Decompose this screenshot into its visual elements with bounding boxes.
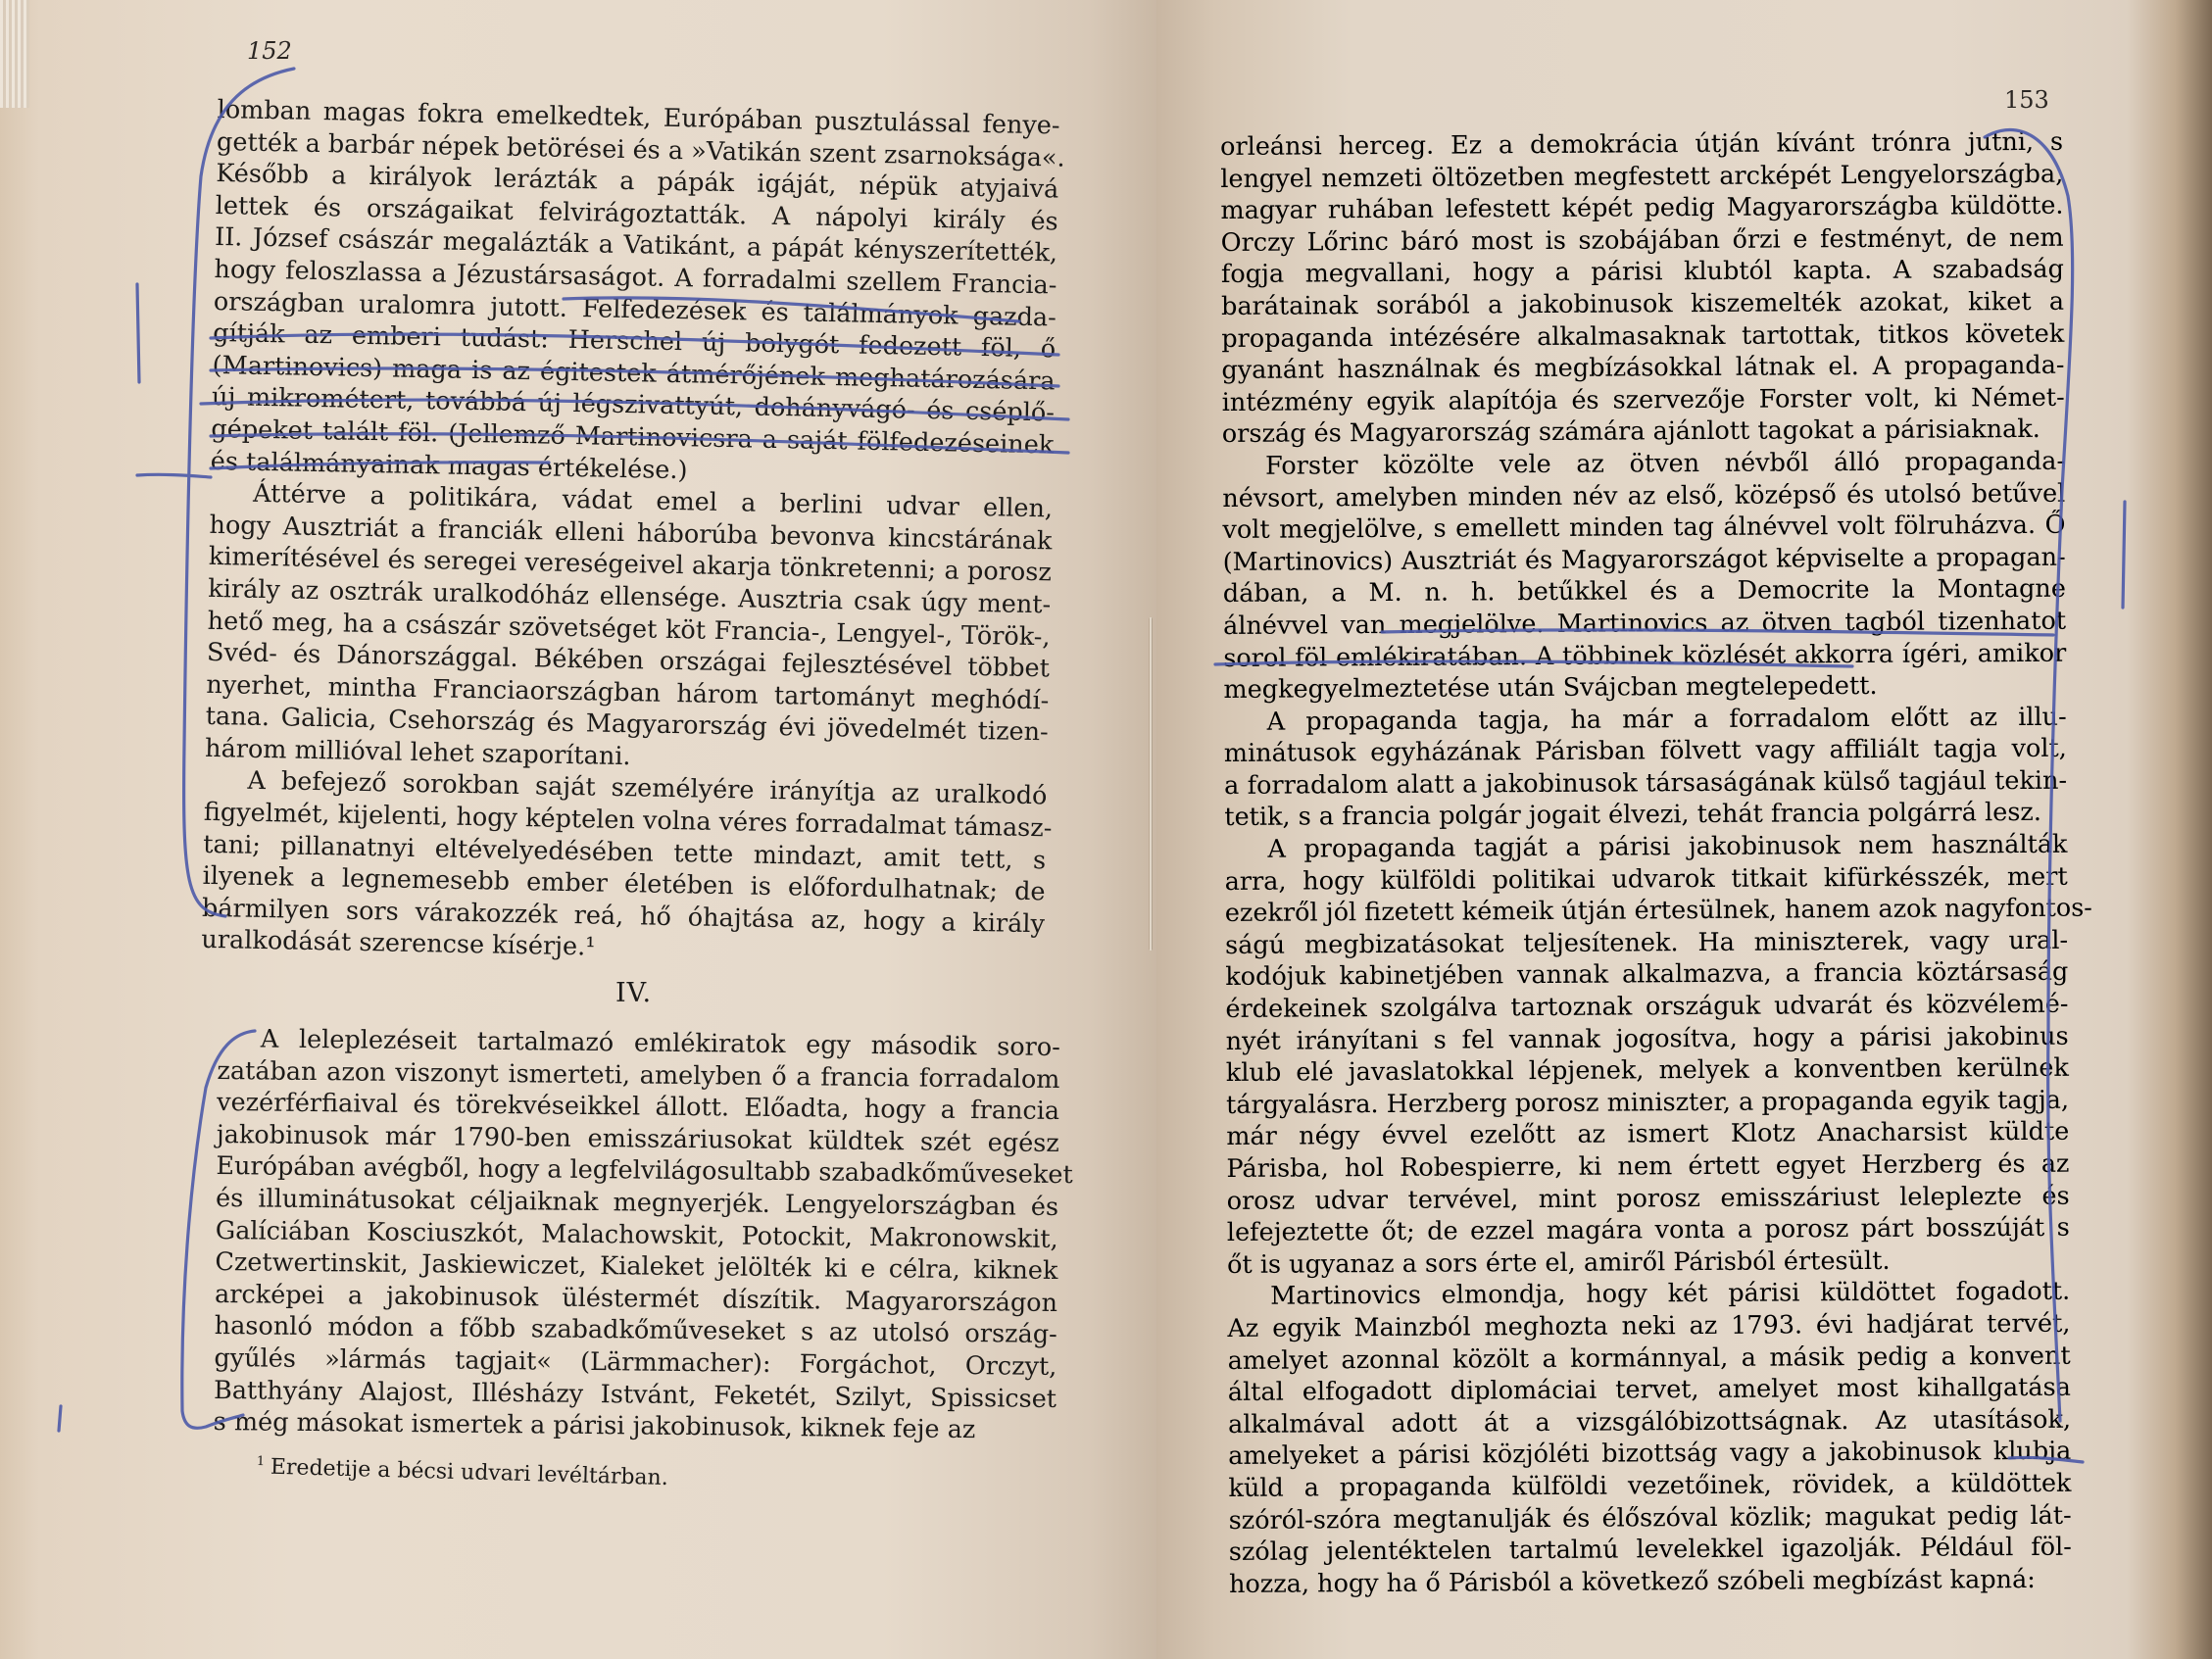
text-line: fogja megvallani, hogy a párisi klubtól … [1221, 254, 2064, 291]
text-line: ország és Magyarország számára ajánlott … [1222, 414, 2065, 451]
page-number-right: 153 [2004, 86, 2049, 114]
text-line: lefejeztette őt; de ezzel magára vonta a… [1227, 1212, 2070, 1249]
text-line: barátainak sorából a jakobinusok kiszeme… [1221, 286, 2064, 323]
text-line: megkegyelmeztetése után Svájcban megtele… [1223, 669, 2066, 707]
paragraph-4: A propaganda tagját a párisi jakobinusok… [1224, 829, 2070, 1282]
text-line: gyanánt használnak és megbízásokkal látn… [1221, 350, 2064, 387]
text-line: szólag jelentéktelen tartalmú levelekkel… [1229, 1532, 2072, 1569]
paragraph-1: orleánsi herceg. Ez a demokrácia útján k… [1220, 126, 2065, 451]
text-line: őt is ugyanaz a sors érte el, amiről Pár… [1227, 1244, 2070, 1282]
left-text-block-top: lomban magas fokra emelkedtek, Európában… [201, 94, 1060, 972]
frayed-page-edges [0, 0, 29, 108]
paragraph-4: A leleplezéseit tartalmazó emlékiratok e… [214, 1023, 1060, 1447]
text-line: ságú megbizatásokat teljesítenek. Ha min… [1225, 925, 2068, 962]
text-line: intézmény egyik alapítója és szervezője … [1222, 381, 2065, 418]
text-line: orleánsi herceg. Ez a demokrácia útján k… [1220, 126, 2063, 164]
paragraph-2: Áttérve a politikára, vádat emel a berli… [205, 477, 1053, 781]
text-line: alkalmával adott át a vizsgálóbizottságn… [1228, 1403, 2071, 1440]
page-number-left: 152 [247, 37, 292, 65]
open-book-spread: 152 lomban magas fokra emelkedtek, Európ… [0, 0, 2212, 1659]
paragraph-2: Forster közölte vele az ötven névből áll… [1222, 446, 2067, 707]
text-line: amelyeket a párisi közjóléti bizottság v… [1228, 1436, 2071, 1473]
gutter-crease [1149, 617, 1153, 951]
text-line: küld a propaganda külföldi vezetőinek, r… [1228, 1468, 2071, 1505]
text-line: nyét irányítani s fel vannak jogosítva, … [1226, 1020, 2069, 1057]
text-line: dában, a M. n. h. betűkkel és a Democrit… [1223, 573, 2066, 610]
text-line: álnévvel van megjelölve. Martinovics az … [1223, 606, 2066, 643]
text-line: A propaganda tagja, ha már a forradalom … [1224, 701, 2067, 738]
section-heading: IV. [615, 978, 652, 1008]
text-line: kodójuk kabinetjében vannak alkalmazva, … [1225, 956, 2068, 994]
text-line: által elfogadott diplomáciai tervet, ame… [1228, 1372, 2071, 1409]
text-line: tetik, s a francia polgár jogait élvezi,… [1224, 797, 2067, 834]
paragraph-3: A propaganda tagja, ha már a forradalom … [1224, 701, 2068, 834]
footnote-text: Eredetije a bécsi udvari levéltárban. [270, 1455, 669, 1490]
text-line: Forster közölte vele az ötven névből áll… [1222, 446, 2065, 483]
text-line: hozza, hogy ha ő Párisból a következő sz… [1229, 1563, 2072, 1600]
paragraph-5: Martinovics elmondja, hogy két párisi kü… [1227, 1276, 2072, 1600]
text-line: magyar ruhában lefestett képét pedig Mag… [1220, 190, 2063, 227]
text-line: már négy évvel ezelőtt az ismert Klotz A… [1226, 1116, 2069, 1153]
text-line: propaganda intézésére alkalmasaknak tart… [1221, 317, 2064, 355]
left-text-block-bottom: A leleplezéseit tartalmazó emlékiratok e… [214, 1023, 1060, 1447]
paragraph-1: lomban magas fokra emelkedtek, Európában… [210, 94, 1059, 494]
text-line: arra, hogy külföldi politikai udvarok ti… [1225, 860, 2068, 898]
left-page: 152 lomban magas fokra emelkedtek, Európ… [0, 0, 1156, 1659]
footnote-marker: 1 [257, 1454, 266, 1469]
text-line: volt megjelölve, s emellett minden tag á… [1222, 510, 2065, 547]
footnote: 1Eredetije a bécsi udvari levéltárban. [256, 1454, 668, 1490]
text-line: klub elé javaslatokkal lépjenek, melyek … [1226, 1052, 2069, 1090]
text-line: (Martinovics) Ausztriát és Magyarországo… [1223, 541, 2066, 578]
text-line: ezekről jól fizetett kémeik útján értesü… [1225, 893, 2068, 930]
text-line: Orczy Lőrinc báró most is szobájában őrz… [1221, 222, 2064, 260]
text-line: lengyel nemzeti öltözetben megfestett ar… [1220, 158, 2063, 195]
text-line: amelyet azonnal közölt a kormánnyal, a m… [1228, 1340, 2071, 1377]
text-line: a forradalom alatt a jakobinusok társasá… [1224, 765, 2067, 803]
text-line: Martinovics elmondja, hogy két párisi kü… [1227, 1276, 2070, 1313]
text-line: Az egyik Mainzból meghozta neki az 1793.… [1227, 1308, 2070, 1345]
text-line: A propaganda tagját a párisi jakobinusok… [1224, 829, 2067, 866]
text-line: tárgyalásra. Herzberg porosz miniszter, … [1226, 1085, 2069, 1122]
paragraph-3: A befejező sorokban saját személyére irá… [201, 764, 1048, 972]
text-line: minátusok egyházának Párisban fölvett va… [1224, 733, 2067, 770]
right-text-block: orleánsi herceg. Ez a demokrácia útján k… [1220, 126, 2072, 1601]
text-line: orosz udvar tervével, mint porosz emissz… [1227, 1180, 2070, 1217]
text-line: szóról-szóra megtanulják és élőszóval kö… [1229, 1499, 2072, 1537]
text-line: névsort, amelyben minden név az első, kö… [1222, 477, 2065, 514]
text-line: Párisba, hol Robespierre, ki nem értett … [1226, 1148, 2069, 1186]
text-line: érdekeinek szolgálva tartoznak országuk … [1225, 989, 2068, 1026]
text-line: sorol föl emlékiratában. A többinek közl… [1223, 637, 2066, 674]
